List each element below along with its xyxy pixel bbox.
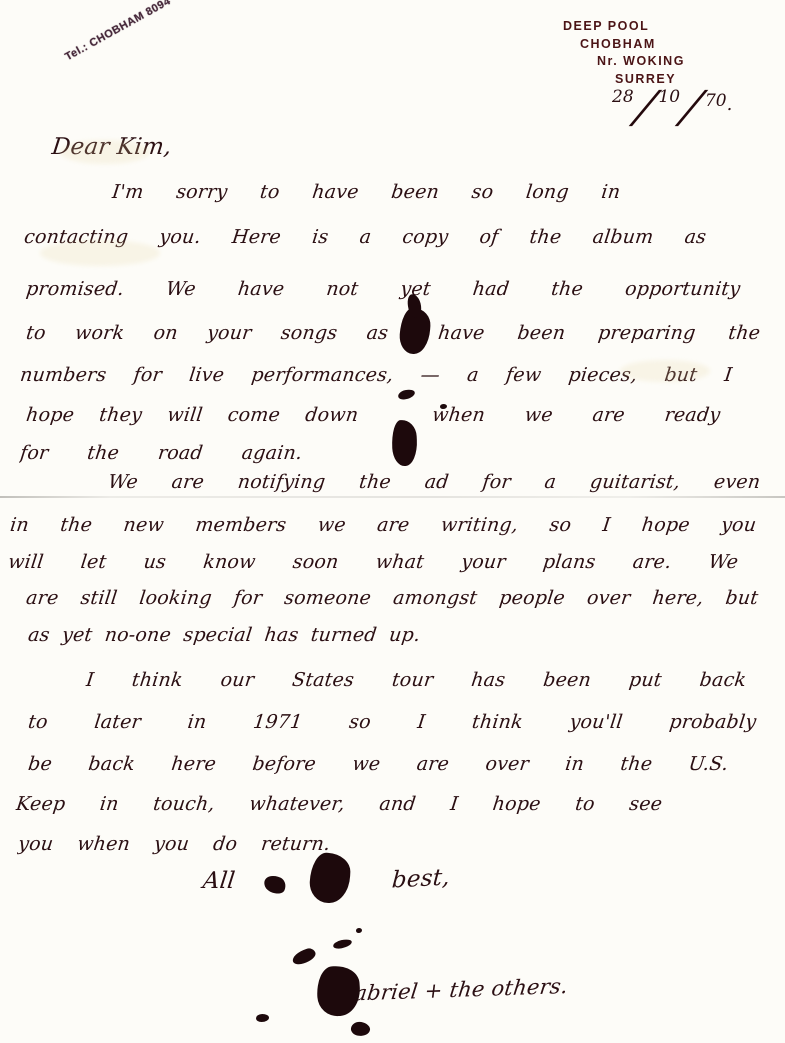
- date-year: 70: [705, 91, 727, 111]
- letterhead-line: CHOBHAM: [560, 36, 770, 54]
- scanned-letter-page: Tel.: CHOBHAM 8094 DEEP POOL CHOBHAM Nr.…: [0, 0, 785, 1043]
- body-line: for the road again.: [18, 442, 303, 468]
- letterhead: DEEP POOL CHOBHAM Nr. WOKING SURREY: [560, 18, 770, 88]
- ink-blot: [315, 965, 361, 1018]
- letterhead-line: SURREY: [560, 71, 770, 89]
- body-line: to later in 1971 so I think you'll proba…: [26, 711, 757, 737]
- body-line: I'm sorry to have been so long in: [110, 181, 621, 207]
- ink-blot: [332, 938, 352, 950]
- body-line: you when you do return.: [16, 833, 331, 859]
- date-day: 28: [612, 87, 634, 107]
- handwritten-date: 28/10/70.: [612, 100, 782, 121]
- paper-smudge: [60, 140, 150, 164]
- ink-blot: [356, 928, 362, 933]
- date-period: .: [727, 94, 733, 115]
- body-line: I think our States tour has been put bac…: [84, 669, 747, 695]
- ink-blot: [291, 947, 318, 967]
- body-line: promised. We have not yet had the opport…: [24, 278, 741, 304]
- closing-word-all: All: [201, 868, 236, 894]
- body-line: hope they will come down: [24, 404, 359, 430]
- body-line: to work on your songs as: [24, 322, 389, 348]
- paper-smudge: [40, 240, 160, 266]
- body-line: Keep in touch, whatever, and I hope to s…: [14, 793, 663, 819]
- signature-name: Gabriel + the others.: [336, 974, 569, 1006]
- paper-smudge: [620, 360, 710, 382]
- closing-word-best: best,: [391, 865, 451, 894]
- body-line: when we are ready: [430, 404, 721, 430]
- body-line: We are notifying the ad for a guitarist,…: [106, 471, 761, 497]
- letterhead-line: Nr. WOKING: [560, 53, 770, 71]
- letterhead-line: DEEP POOL: [560, 18, 770, 36]
- date-month: 10: [658, 87, 680, 107]
- body-line: will let us know soon what your plans ar…: [6, 551, 739, 577]
- body-line: have been preparing the: [436, 322, 761, 348]
- ink-blot: [309, 852, 352, 904]
- scan-fold-line: [0, 496, 785, 498]
- body-line: as yet no-one special has turned up.: [26, 624, 421, 650]
- body-line: are still looking for someone amongst pe…: [24, 587, 759, 613]
- ink-blot: [350, 1020, 371, 1037]
- ink-blot: [256, 1014, 269, 1022]
- telephone-stamp: Tel.: CHOBHAM 8094: [63, 0, 209, 63]
- ink-blot: [391, 419, 418, 466]
- body-line: be back here before we are over in the U…: [26, 753, 729, 779]
- body-line: in the new members we are writing, so I …: [8, 514, 757, 540]
- ink-blot: [261, 872, 288, 896]
- ink-blot: [397, 388, 415, 400]
